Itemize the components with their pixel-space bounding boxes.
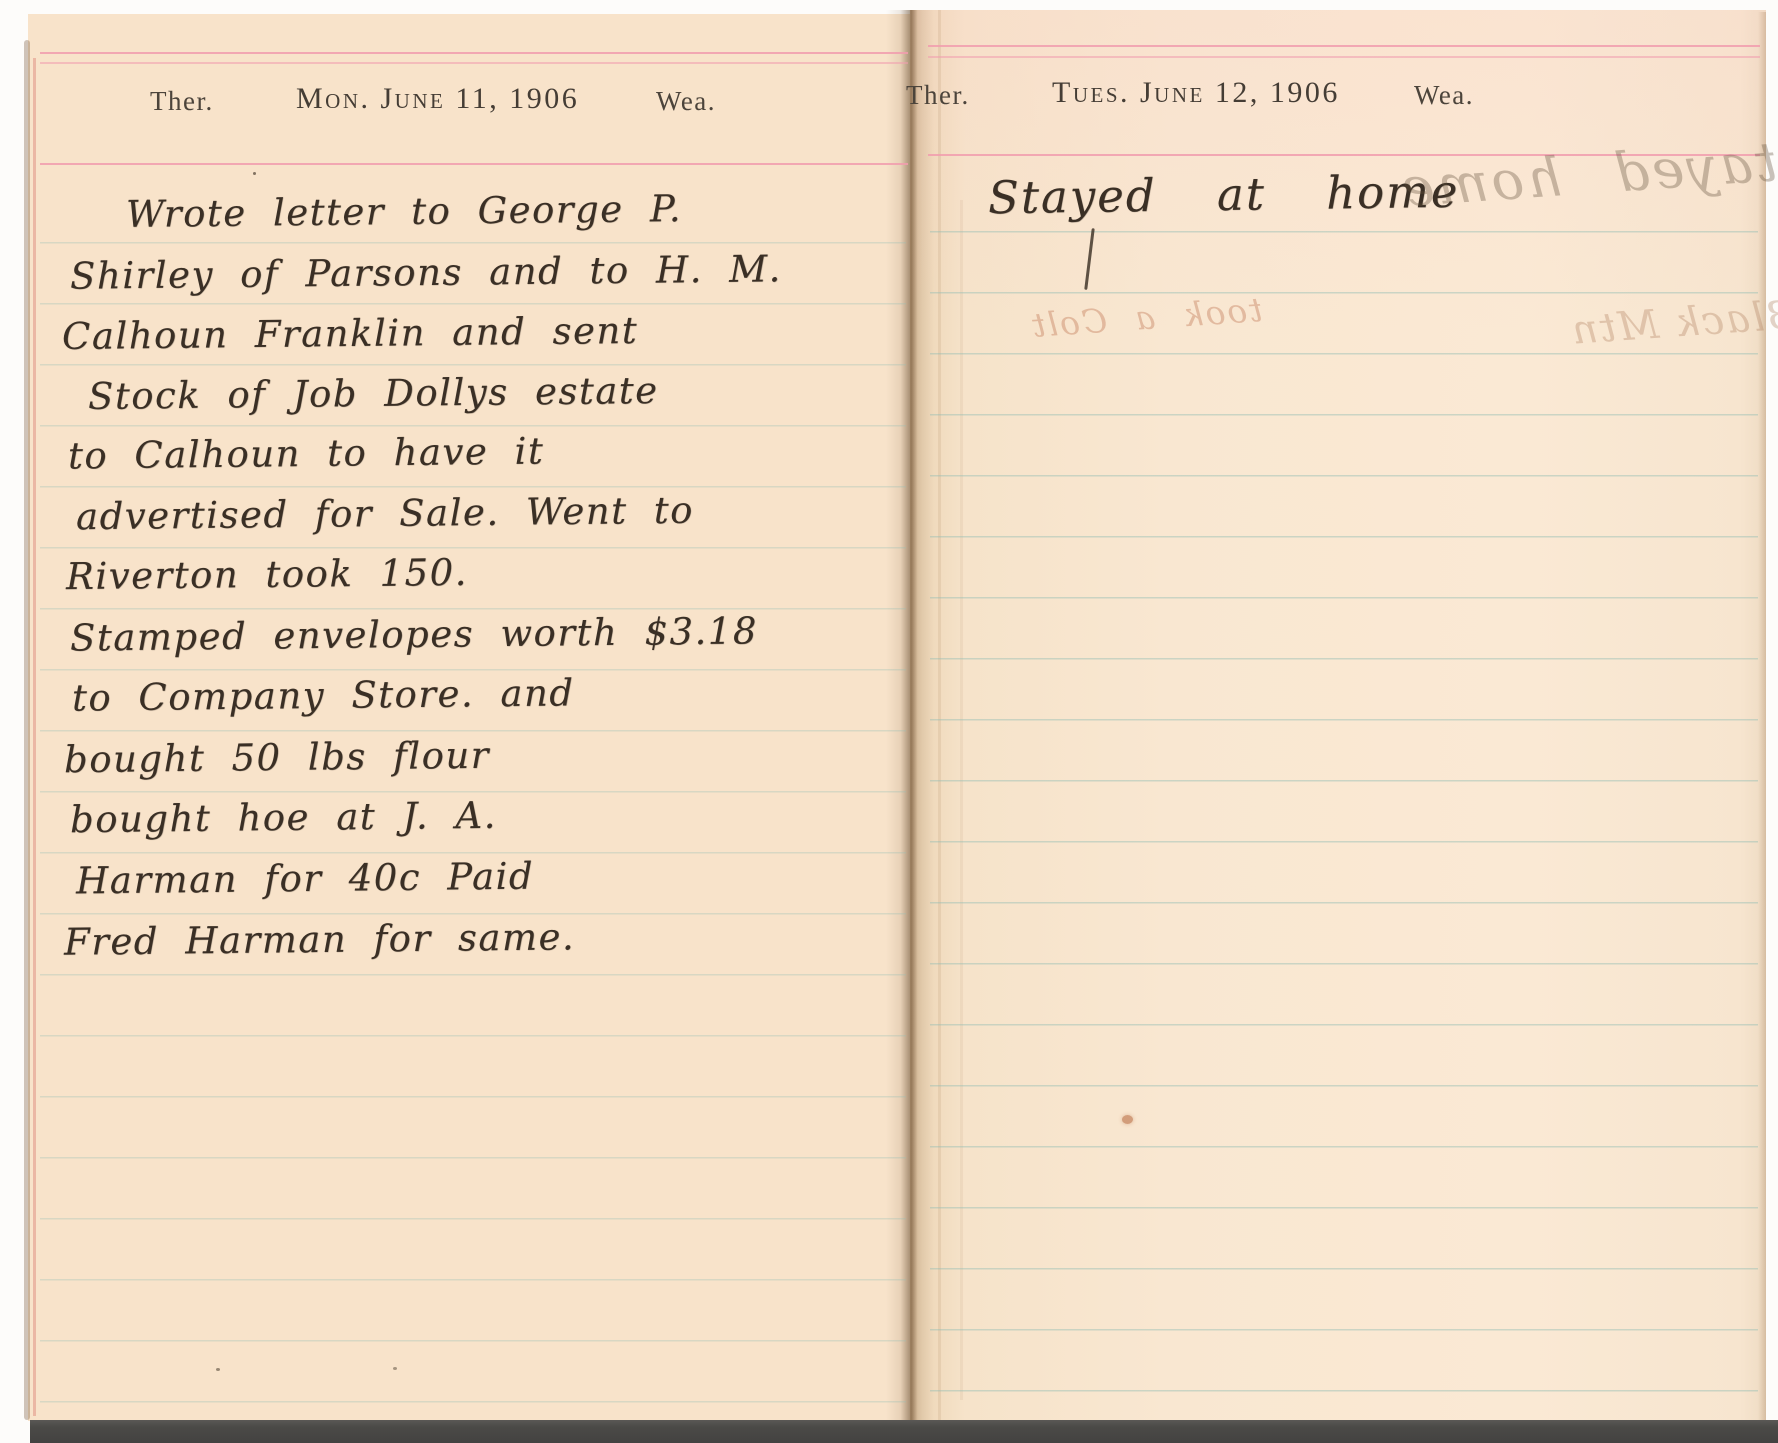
diary-entry-line: Stock of Job Dollys estate [88,369,659,418]
page-edge-left [24,40,30,1420]
weather-label: Wea. [1414,80,1474,111]
thermometer-label: Ther. [150,86,214,117]
diary-scan: Ther. Mon. June 11, 1906 Wea. Ther. Tues… [0,0,1778,1443]
page-date: Tues. June 12, 1906 [1052,76,1340,110]
book-bottom-edge [30,1420,1778,1443]
diary-entry-line: to Company Store. and [72,671,575,719]
page-date: Mon. June 11, 1906 [296,82,579,116]
diary-entry-line: Calhoun Franklin and sent [62,309,638,358]
speck [393,1367,397,1370]
ruled-line-pink [40,52,908,54]
diary-entry-line: Wrote letter to George P. [126,187,682,236]
diary-entry-line: Stayed at home [988,165,1460,225]
ruled-line-pink [928,56,1760,58]
diary-entry-line: bought hoe at J. A. [70,794,497,841]
diary-entry-line: Shirley of Parsons and to H. M. [70,247,782,297]
ruled-lines-blue [930,231,1758,1409]
diary-entry-line: to Calhoun to have it [68,430,545,478]
diary-entry-line: bought 50 lbs flour [64,734,490,781]
diary-entry-line: Riverton took 150. [66,551,468,598]
diary-entry-line: Harman for 40c Paid [76,855,534,903]
speck [253,172,256,175]
diary-entry-line: Fred Harman for same. [64,915,576,963]
diary-entry-line: advertised for Sale. Went to [76,489,694,538]
page-edge-right [1758,12,1766,1420]
ruled-line-pink [40,62,908,64]
stain [1122,1115,1133,1124]
ruled-line-pink [928,45,1760,47]
weather-label: Wea. [656,86,716,117]
speck [216,1368,220,1371]
diary-entry-line: Stamped envelopes worth $3.18 [70,609,758,659]
page-edge-red-line [33,58,36,1416]
ruled-line-pink [40,163,908,165]
thermometer-label: Ther. [906,80,970,111]
